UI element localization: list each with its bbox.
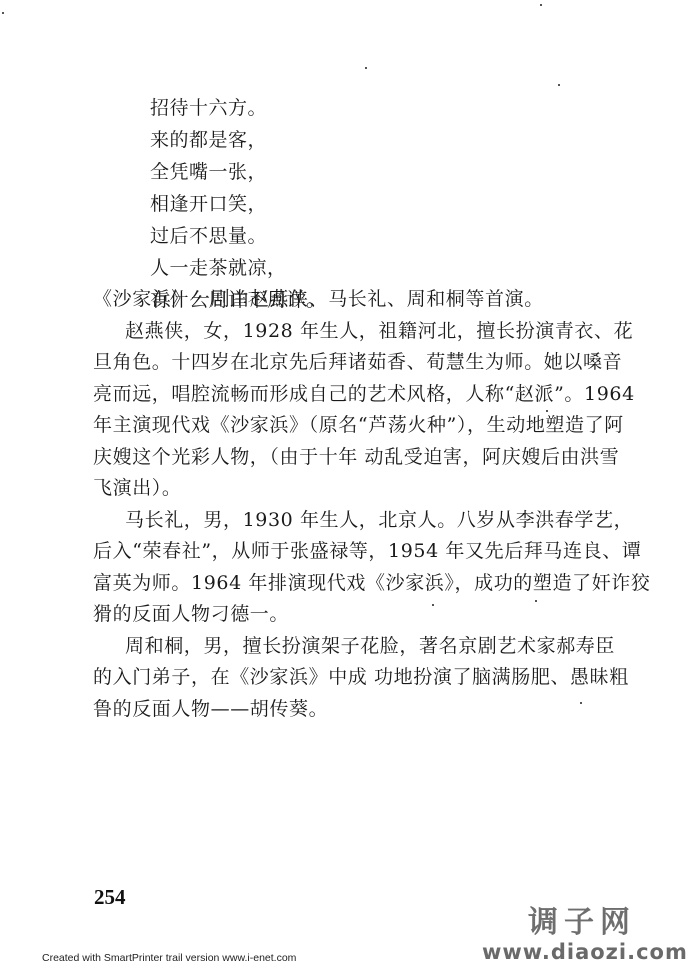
- body-line: 年主演现代戏《沙家浜》（原名“芦荡火种”），生动地塑造了阿: [93, 410, 645, 442]
- body-line: 赵燕侠，女，1928 年生人，祖籍河北，擅长扮演青衣、花: [93, 316, 645, 348]
- body-line: 鲁的反面人物——胡传葵。: [93, 694, 645, 726]
- scan-speck: [546, 410, 548, 412]
- body-line: 后入“荣春社”，从师于张盛禄等，1954 年又先后拜马连良、谭: [93, 536, 645, 568]
- body-text: 《沙家浜》一剧由赵燕侠、马长礼、周和桐等首演。 赵燕侠，女，1928 年生人，祖…: [93, 284, 645, 725]
- body-line: 猾的反面人物刁德一。: [93, 599, 645, 631]
- body-line: 的入门弟子，在《沙家浜》中成 功地扮演了脑满肠肥、愚昧粗: [93, 662, 645, 694]
- scan-speck: [2, 12, 4, 14]
- body-line: 富英为师。1964 年排演现代戏《沙家浜》，成功的塑造了奸诈狡: [93, 568, 645, 600]
- watermark-url: www.diaozi.com: [482, 940, 688, 964]
- body-line: 马长礼，男，1930 年生人，北京人。八岁从李洪春学艺，: [93, 505, 645, 537]
- verse-line: 相逢开口笑，: [150, 188, 326, 220]
- body-line: 庆嫂这个光彩人物，（由于十年 动乱受迫害，阿庆嫂后由洪雪: [93, 442, 645, 474]
- watermark-site-name: 调子网: [528, 897, 636, 941]
- body-line: 旦角色。十四岁在北京先后拜诸茹香、荀慧生为师。她以嗓音: [93, 347, 645, 379]
- scan-speck: [580, 702, 582, 704]
- verse-block: 招待十六方。 来的都是客， 全凭嘴一张， 相逢开口笑， 过后不思量。 人一走茶就…: [150, 92, 326, 316]
- verse-line: 来的都是客，: [150, 124, 326, 156]
- verse-line: 招待十六方。: [150, 92, 326, 124]
- scanned-book-page: 招待十六方。 来的都是客， 全凭嘴一张， 相逢开口笑， 过后不思量。 人一走茶就…: [0, 0, 690, 975]
- scan-speck: [432, 604, 434, 606]
- scan-speck: [558, 84, 560, 86]
- body-line: 《沙家浜》一剧由赵燕侠、马长礼、周和桐等首演。: [93, 284, 645, 316]
- verse-line: 人一走茶就凉，: [150, 252, 326, 284]
- page-number: 254: [94, 885, 126, 910]
- body-line: 亮而远，唱腔流畅而形成自己的艺术风格，人称“赵派”。1964: [93, 379, 645, 411]
- printer-credit: Created with SmartPrinter trail version …: [42, 952, 296, 964]
- scan-speck: [535, 600, 537, 602]
- verse-line: 全凭嘴一张，: [150, 156, 326, 188]
- verse-line: 过后不思量。: [150, 220, 326, 252]
- body-line: 飞演出）。: [93, 473, 645, 505]
- scan-speck: [365, 67, 367, 69]
- scan-speck: [540, 4, 542, 6]
- body-line: 周和桐，男，擅长扮演架子花脸，著名京剧艺术家郝寿臣: [93, 631, 645, 663]
